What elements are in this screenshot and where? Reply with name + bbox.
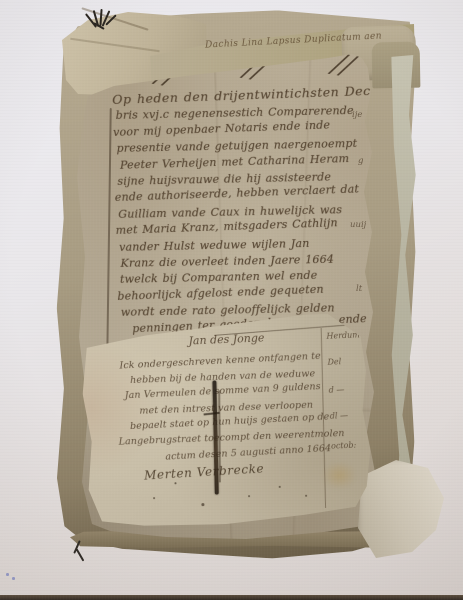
edge-fragment: g bbox=[358, 156, 363, 166]
ink-dot bbox=[279, 486, 281, 488]
yellow-stain bbox=[322, 461, 357, 490]
receipt-margin-note: d — bbox=[329, 385, 345, 395]
manuscript-text-block: Op heden den drijentwintichsten Decembri… bbox=[112, 85, 380, 338]
ink-dot bbox=[174, 482, 176, 484]
receipt-page: Jan des Jonge Ick ondergeschreven kenne … bbox=[76, 310, 380, 536]
ink-dot bbox=[201, 503, 204, 506]
binding-thread-top bbox=[84, 8, 120, 44]
edge-fragment: lt bbox=[356, 284, 362, 294]
table-edge bbox=[0, 595, 463, 600]
margin-bracket-line bbox=[106, 108, 111, 360]
receipt-heading: Jan des Jonge bbox=[188, 331, 264, 347]
receipt-margin-note: dl — bbox=[330, 411, 349, 421]
ink-dot bbox=[305, 495, 307, 497]
receipt-margin-note: octob: bbox=[331, 441, 357, 451]
binding-thread-bottom bbox=[70, 538, 90, 564]
edge-fragment: ije bbox=[352, 110, 362, 120]
blue-mark bbox=[5, 571, 19, 581]
folded-corner-sheet bbox=[356, 458, 446, 562]
edge-fragment: uuij bbox=[350, 220, 366, 230]
receipt-margin-note: Del bbox=[327, 357, 341, 367]
ink-dot bbox=[248, 495, 250, 497]
photo-canvas: Dachis Lina Lapsus Duplicatum aen //////… bbox=[0, 0, 463, 600]
ink-dot bbox=[153, 497, 155, 499]
